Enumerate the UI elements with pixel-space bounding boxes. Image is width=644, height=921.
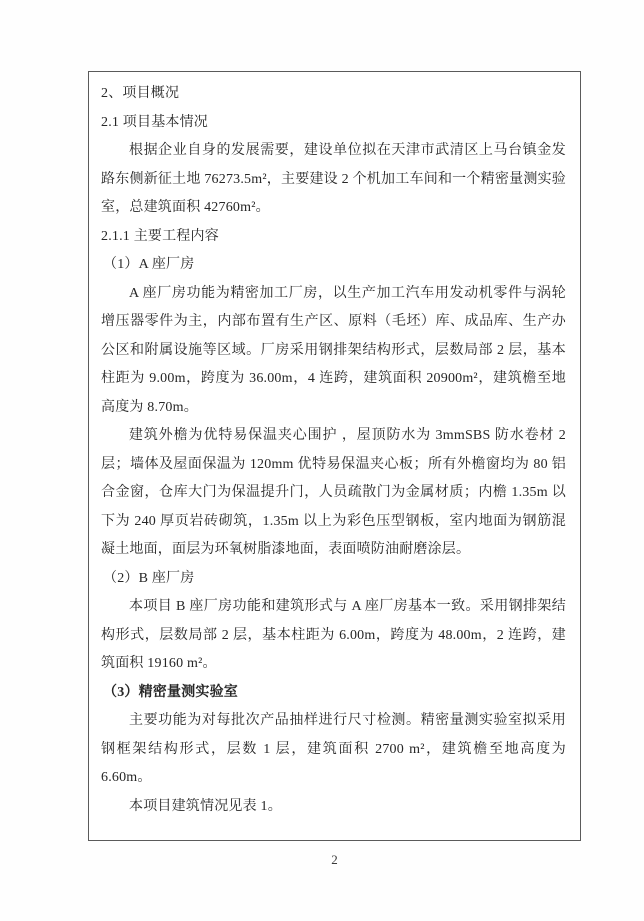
paragraph: 本项目 B 座厂房功能和建筑形式与 A 座厂房基本一致。采用钢排架结构形式，层数… [101, 593, 566, 679]
heading: （1）A 座厂房 [101, 251, 566, 280]
heading: 2、项目概况 [101, 80, 566, 109]
document-table-border: 2、项目概况2.1 项目基本情况根据企业自身的发展需要，建设单位拟在天津市武清区… [88, 71, 581, 841]
paragraph: 根据企业自身的发展需要，建设单位拟在天津市武清区上马台镇金发路东侧新征土地 76… [101, 137, 566, 223]
scanned-document-page: 2、项目概况2.1 项目基本情况根据企业自身的发展需要，建设单位拟在天津市武清区… [0, 0, 644, 921]
document-body: 2、项目概况2.1 项目基本情况根据企业自身的发展需要，建设单位拟在天津市武清区… [89, 72, 580, 821]
paragraph: A 座厂房功能为精密加工厂房，以生产加工汽车用发动机零件与涡轮增压器零件为主，内… [101, 280, 566, 423]
page-number: 2 [88, 852, 581, 868]
paragraph: 建筑外檐为优特易保温夹心围护 ，屋顶防水为 3mmSBS 防水卷材 2 层；墙体… [101, 422, 566, 565]
heading: （3）精密量测实验室 [101, 679, 566, 708]
paragraph: 本项目建筑情况见表 1。 [101, 793, 566, 822]
paragraph: 主要功能为对每批次产品抽样进行尺寸检测。精密量测实验室拟采用钢框架结构形式，层数… [101, 707, 566, 793]
heading: 2.1.1 主要工程内容 [101, 223, 566, 252]
heading: 2.1 项目基本情况 [101, 109, 566, 138]
heading: （2）B 座厂房 [101, 565, 566, 594]
